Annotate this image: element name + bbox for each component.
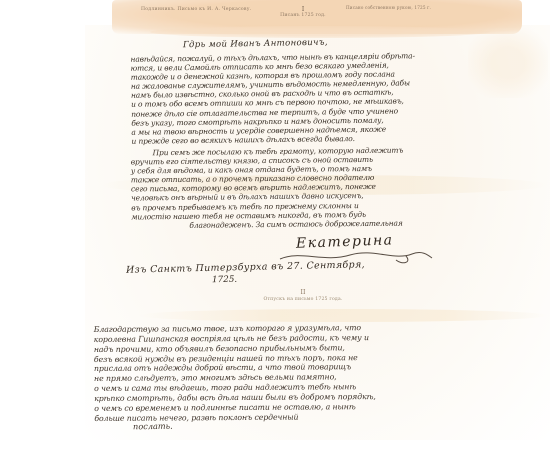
letter1-paragraph2: При семъ же посылаю къ тебѣ грамоту, кот… (131, 146, 404, 231)
aged-paper-band-edge (150, 26, 490, 38)
section-caption-2: Отпускъ на письмо 1725 года. (228, 297, 378, 302)
letter1-body: навѣдайся, пожалуй, о тѣхъ дѣлахъ, что н… (130, 51, 415, 145)
scanned-letter-page: Подлинникъ. Письмо къ И. А. Черкасову. I… (0, 0, 550, 450)
section-number-2: II (228, 289, 378, 296)
year-line: 1725. (212, 275, 237, 285)
paper-stain (138, 309, 548, 322)
letter2-last-line: послать. (133, 421, 173, 432)
paper-stain (468, 28, 548, 98)
section-caption-1: Писанъ 1725 год. (228, 13, 378, 18)
archive-caption-right: Писано собственною рукою, 1725 г. (346, 5, 431, 10)
letter-line: о чемъ со временемъ и подлиннѣе писати н… (94, 402, 376, 414)
letter2-body: Благодарствую за письмо твое, изъ котора… (94, 323, 376, 423)
